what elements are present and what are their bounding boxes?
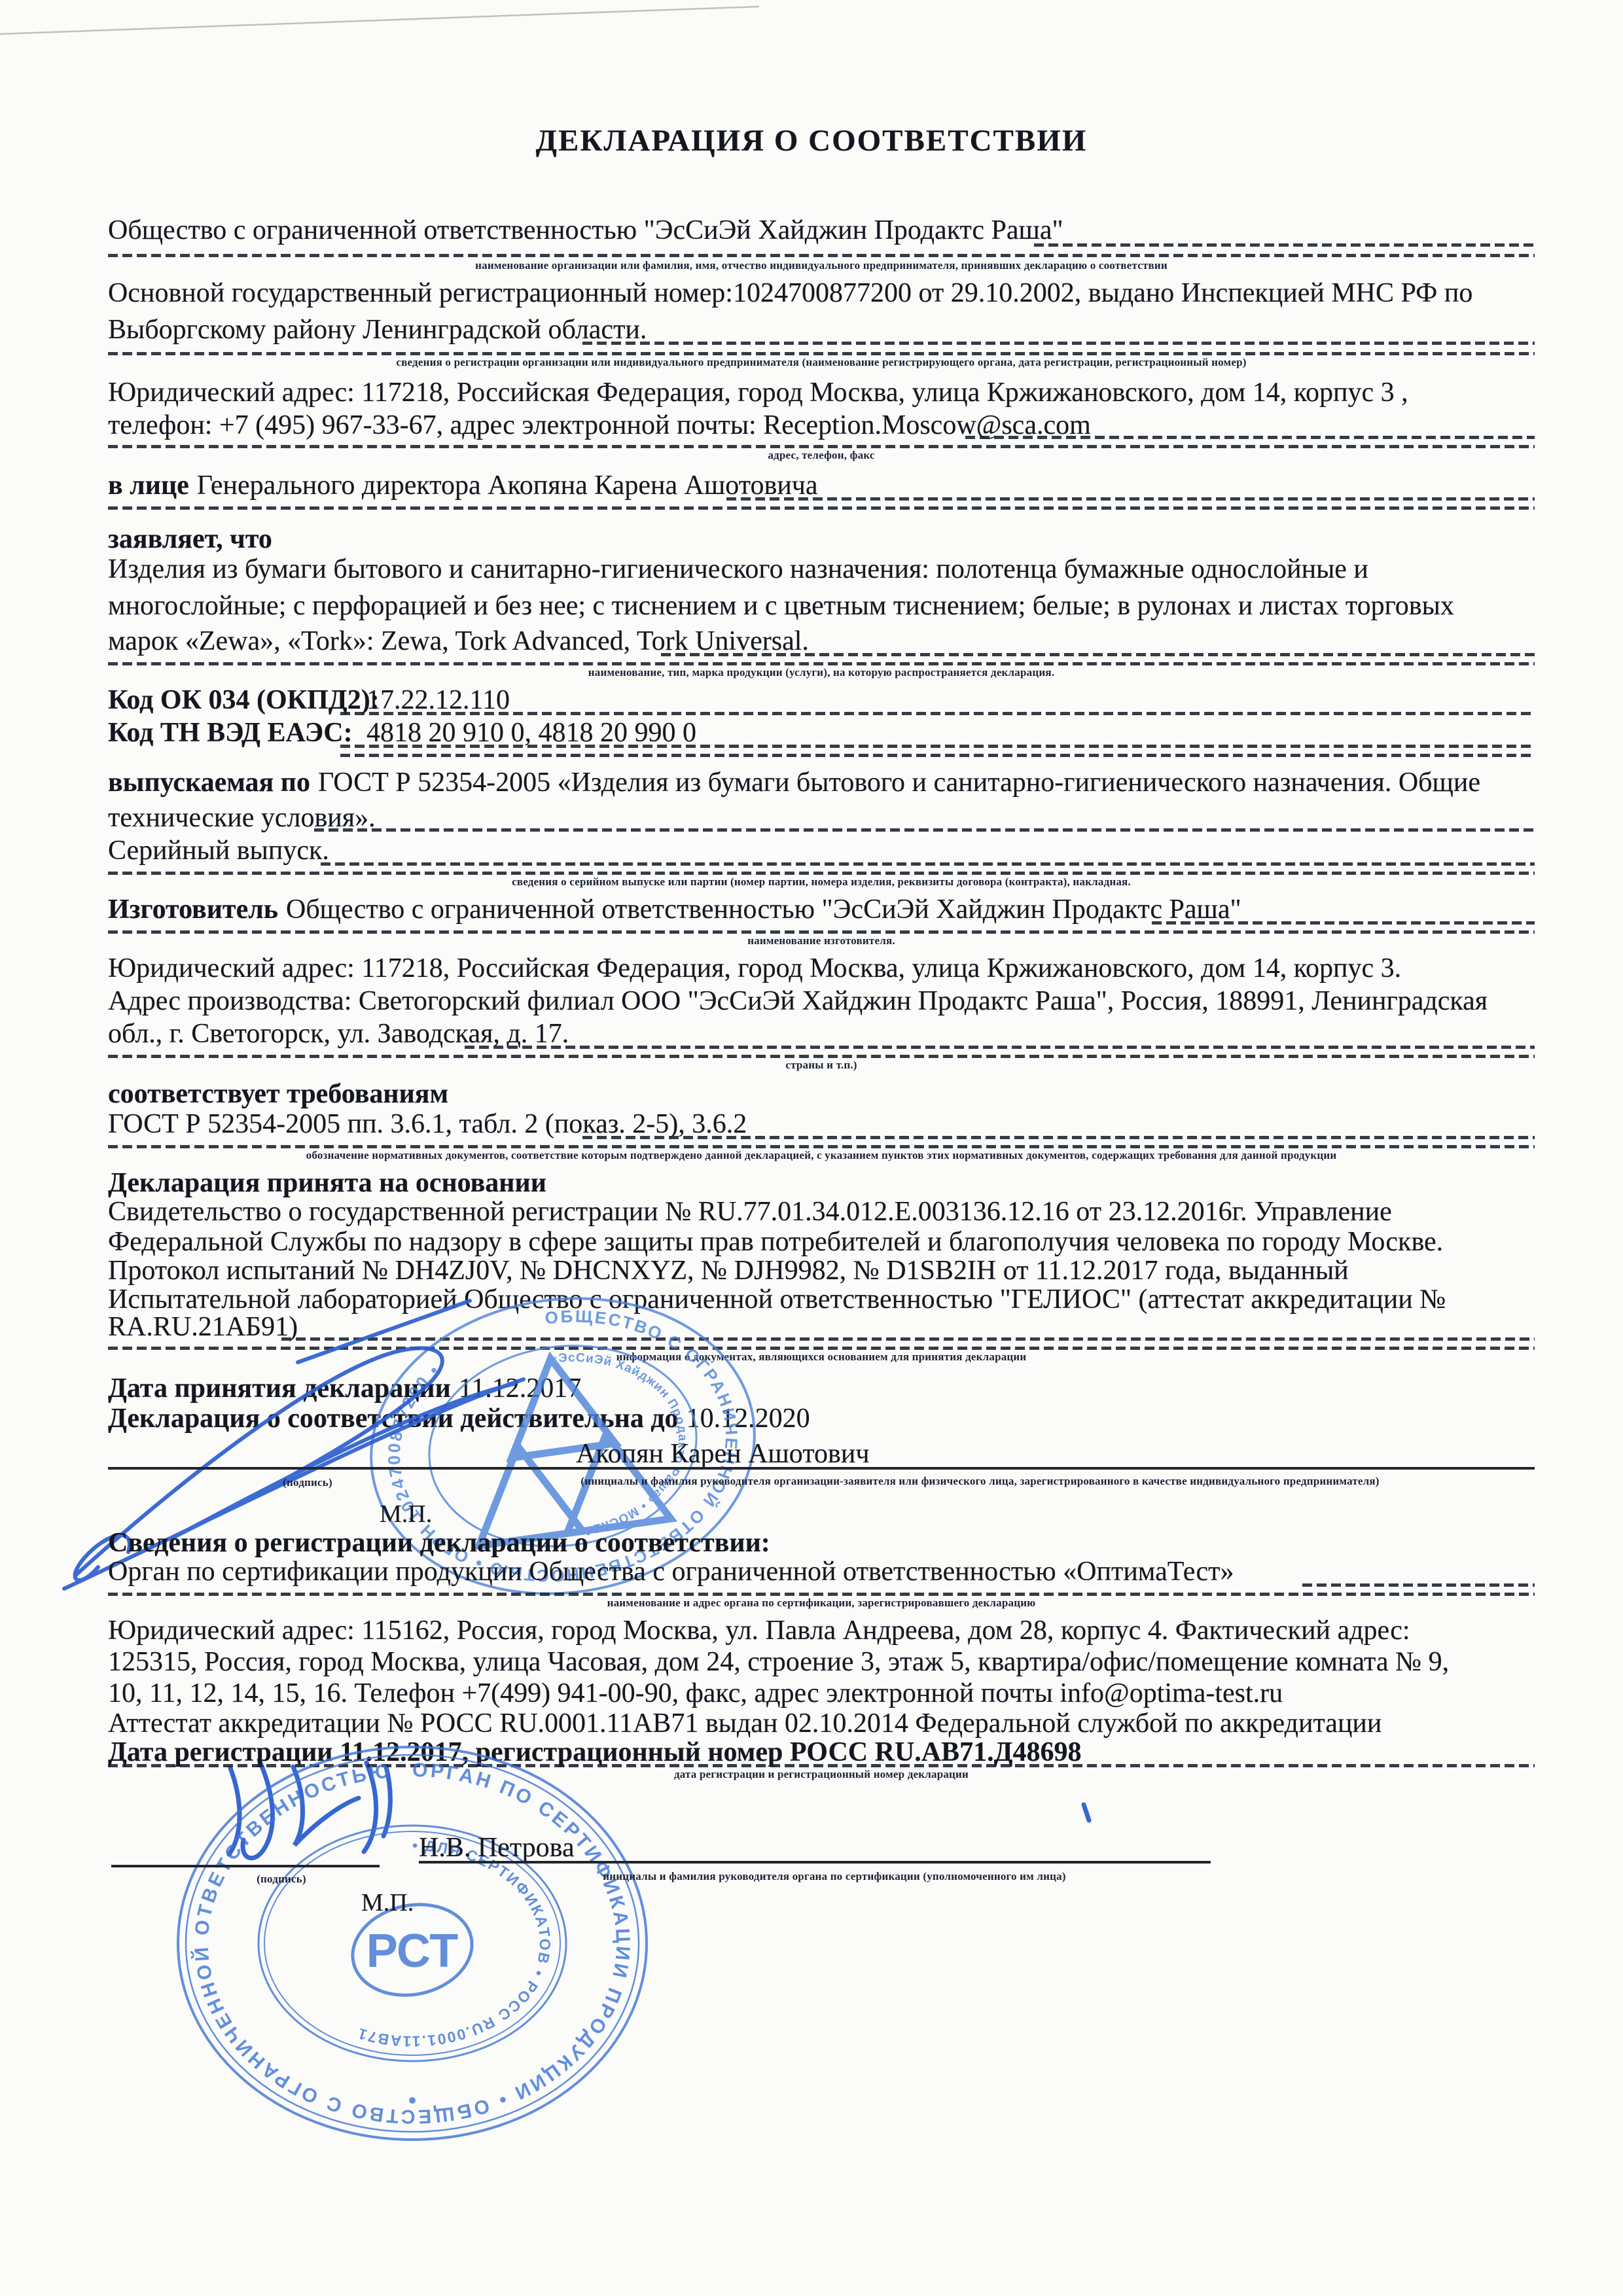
registration-line-1: Юридический адрес: 115162, Россия, город… xyxy=(108,1615,1410,1646)
dotted-rule xyxy=(1152,921,1535,925)
basis-line-4: Испытательной лабораторией Общество с ог… xyxy=(108,1284,1446,1315)
certifier-name-line xyxy=(419,1861,1211,1863)
dotted-rule xyxy=(340,745,1535,748)
manufacturer-address-3: обл., г. Светогорск, ул. Заводская, д. 1… xyxy=(108,1018,569,1050)
dotted-rule xyxy=(108,662,1535,665)
stamp-place-label-2: М.П. xyxy=(361,1888,414,1917)
address-caption: адрес, телефон, факс xyxy=(108,449,1535,462)
declares-label: заявляет, что xyxy=(108,523,272,555)
manufacturer-line: ИзготовительОбщество с ограниченной отве… xyxy=(108,894,1241,925)
dotted-rule xyxy=(108,1593,1535,1596)
document-title: ДЕКЛАРАЦИЯ О СООТВЕТСТВИИ xyxy=(0,123,1623,158)
product-line-3: марок «Zewa», «Tork»: Zewa, Tork Advance… xyxy=(108,626,809,657)
certifier-sign-caption: (подпись) xyxy=(183,1873,380,1886)
declaration-document: ДЕКЛАРАЦИЯ О СООТВЕТСТВИИ Общество с огр… xyxy=(0,0,1623,2296)
gost-line-1: выпускаемая поГОСТ Р 52354-2005 «Изделия… xyxy=(108,767,1480,798)
basis-label: Декларация принята на основании xyxy=(108,1167,546,1199)
dotted-rule xyxy=(582,1136,1535,1139)
representative-label: в лице xyxy=(108,470,189,501)
applicant-name-caption: наименование организации или фамилия, им… xyxy=(108,259,1535,272)
basis-caption: информация о документах, являющихся осно… xyxy=(108,1351,1535,1364)
certification-body-line: Орган по сертификации продукции Общества… xyxy=(108,1556,1234,1587)
gost-label: выпускаемая по xyxy=(108,768,310,798)
scan-artifact-line xyxy=(0,0,1623,65)
dotted-rule xyxy=(108,445,1535,448)
conformity-value: ГОСТ Р 52354-2005 пп. 3.6.1, табл. 2 (по… xyxy=(108,1108,747,1140)
dotted-rule xyxy=(965,436,1535,439)
dotted-rule xyxy=(465,1046,1535,1049)
representative-text: Генерального директора Акопяна Карена Аш… xyxy=(197,470,818,501)
rst-logo-text: РСТ xyxy=(366,1925,458,1977)
dotted-rule xyxy=(108,1145,1535,1148)
representative-line: в лицеГенерального директора Акопяна Кар… xyxy=(108,470,818,501)
basis-line-2: Федеральной Службы по надзору в сфере за… xyxy=(108,1226,1443,1258)
dotted-rule xyxy=(340,712,1535,715)
okpd-code-line: Код ОК 034 (ОКПД2):17.22.12.110 xyxy=(108,684,510,716)
dotted-rule xyxy=(321,862,1535,866)
signatory-name-caption: (инициалы и фамилия руководителя организ… xyxy=(425,1475,1535,1488)
dotted-rule xyxy=(108,254,1535,257)
applicant-name: Общество с ограниченной ответственностью… xyxy=(108,215,1063,246)
okpd-label: Код ОК 034 (ОКПД2): xyxy=(108,684,366,716)
dotted-rule xyxy=(582,342,1535,345)
conformity-caption: обозначение нормативных документов, соот… xyxy=(108,1149,1535,1162)
dotted-rule xyxy=(108,506,1535,510)
signature-line xyxy=(108,1467,1535,1470)
rst-logo: РСТ xyxy=(344,1894,480,2104)
dotted-rule xyxy=(108,872,1535,875)
dotted-rule xyxy=(108,1347,1535,1350)
registration-line-2: 125315, Россия, город Москва, улица Часо… xyxy=(108,1646,1449,1678)
tnved-value: 4818 20 910 0, 4818 20 990 0 xyxy=(366,718,696,748)
dotted-rule xyxy=(108,1055,1535,1058)
certification-body-stamp: ОРГАН ПО СЕРТИФИКАЦИИ ПРОДУКЦИИ • ОБЩЕСТ… xyxy=(167,1734,658,2153)
svg-text:«ЭсСиЭй Хайджин Продактс Раша»: «ЭсСиЭй Хайджин Продактс Раша» • МОСКВА … xyxy=(548,1335,702,1540)
certifier-signature-line xyxy=(111,1865,380,1867)
dotted-rule xyxy=(661,653,1535,656)
dotted-rule xyxy=(726,497,1535,501)
signature-caption: (подпись) xyxy=(190,1476,425,1489)
dotted-rule xyxy=(1034,243,1535,247)
manufacturer-address-1: Юридический адрес: 117218, Российская Фе… xyxy=(108,953,1401,984)
certifier-name-caption: инициалы и фамилия руководителя органа п… xyxy=(458,1870,1211,1883)
product-line-1: Изделия из бумаги бытового и санитарно-г… xyxy=(108,554,1368,585)
tnved-label: Код ТН ВЭД ЕАЭС: xyxy=(108,717,366,749)
dotted-rule xyxy=(314,828,1535,832)
okpd-value: 17.22.12.110 xyxy=(366,685,510,715)
certification-body-caption: наименование и адрес органа по сертифика… xyxy=(108,1597,1535,1610)
product-line-2: многослойные; с перфорацией и без нее; с… xyxy=(108,590,1454,622)
manufacturer-address-2: Адрес производства: Светогорский филиал … xyxy=(108,985,1488,1017)
dotted-rule xyxy=(340,754,1535,757)
signatory-name: Акопян Карен Ашотович xyxy=(576,1438,869,1470)
manufacturer-name: Общество с ограниченной ответственностью… xyxy=(286,894,1241,925)
stamp-place-label-1: М.П. xyxy=(380,1500,432,1528)
serial-release: Серийный выпуск. xyxy=(108,835,329,866)
conformity-label: соответствует требованиям xyxy=(108,1078,448,1110)
dotted-rule xyxy=(1302,1583,1535,1587)
ogrn-line-1: Основной государственный регистрационный… xyxy=(108,277,1472,309)
basis-line-5: RA.RU.21АБ91) xyxy=(108,1311,298,1343)
dotted-rule xyxy=(108,930,1535,934)
tnved-code-line: Код ТН ВЭД ЕАЭС:4818 20 910 0, 4818 20 9… xyxy=(108,717,696,749)
ogrn-caption: сведения о регистрации организации или и… xyxy=(108,356,1535,369)
dotted-rule xyxy=(108,352,1535,355)
stamp1-inner-ring-text: «ЭсСиЭй Хайджин Продактс Раша» • МОСКВА … xyxy=(548,1335,702,1540)
countries-caption: страны и т.п.) xyxy=(108,1059,1535,1072)
basis-line-1: Свидетельство о государственной регистра… xyxy=(108,1196,1392,1227)
certifier-name: Н.В. Петрова xyxy=(419,1832,575,1863)
applicant-address-line-2: телефон: +7 (495) 967-33-67, адрес элект… xyxy=(108,410,1091,441)
manufacturer-label: Изготовитель xyxy=(108,894,278,925)
applicant-address-line-1: Юридический адрес: 117218, Российская Фе… xyxy=(108,377,1408,408)
registration-line-3: 10, 11, 12, 14, 15, 16. Телефон +7(499) … xyxy=(108,1678,1283,1709)
manufacturer-caption: наименование изготовителя. xyxy=(108,934,1535,947)
serial-caption: сведения о серийном выпуске или партии (… xyxy=(108,875,1535,889)
gost-text-1: ГОСТ Р 52354-2005 «Изделия из бумаги быт… xyxy=(318,768,1480,798)
product-caption: наименование, тип, марка продукции (услу… xyxy=(108,666,1535,679)
registration-header: Сведения о регистрации декларации о соот… xyxy=(108,1527,770,1559)
ogrn-line-2: Выборгскому району Ленинградской области… xyxy=(108,314,647,345)
